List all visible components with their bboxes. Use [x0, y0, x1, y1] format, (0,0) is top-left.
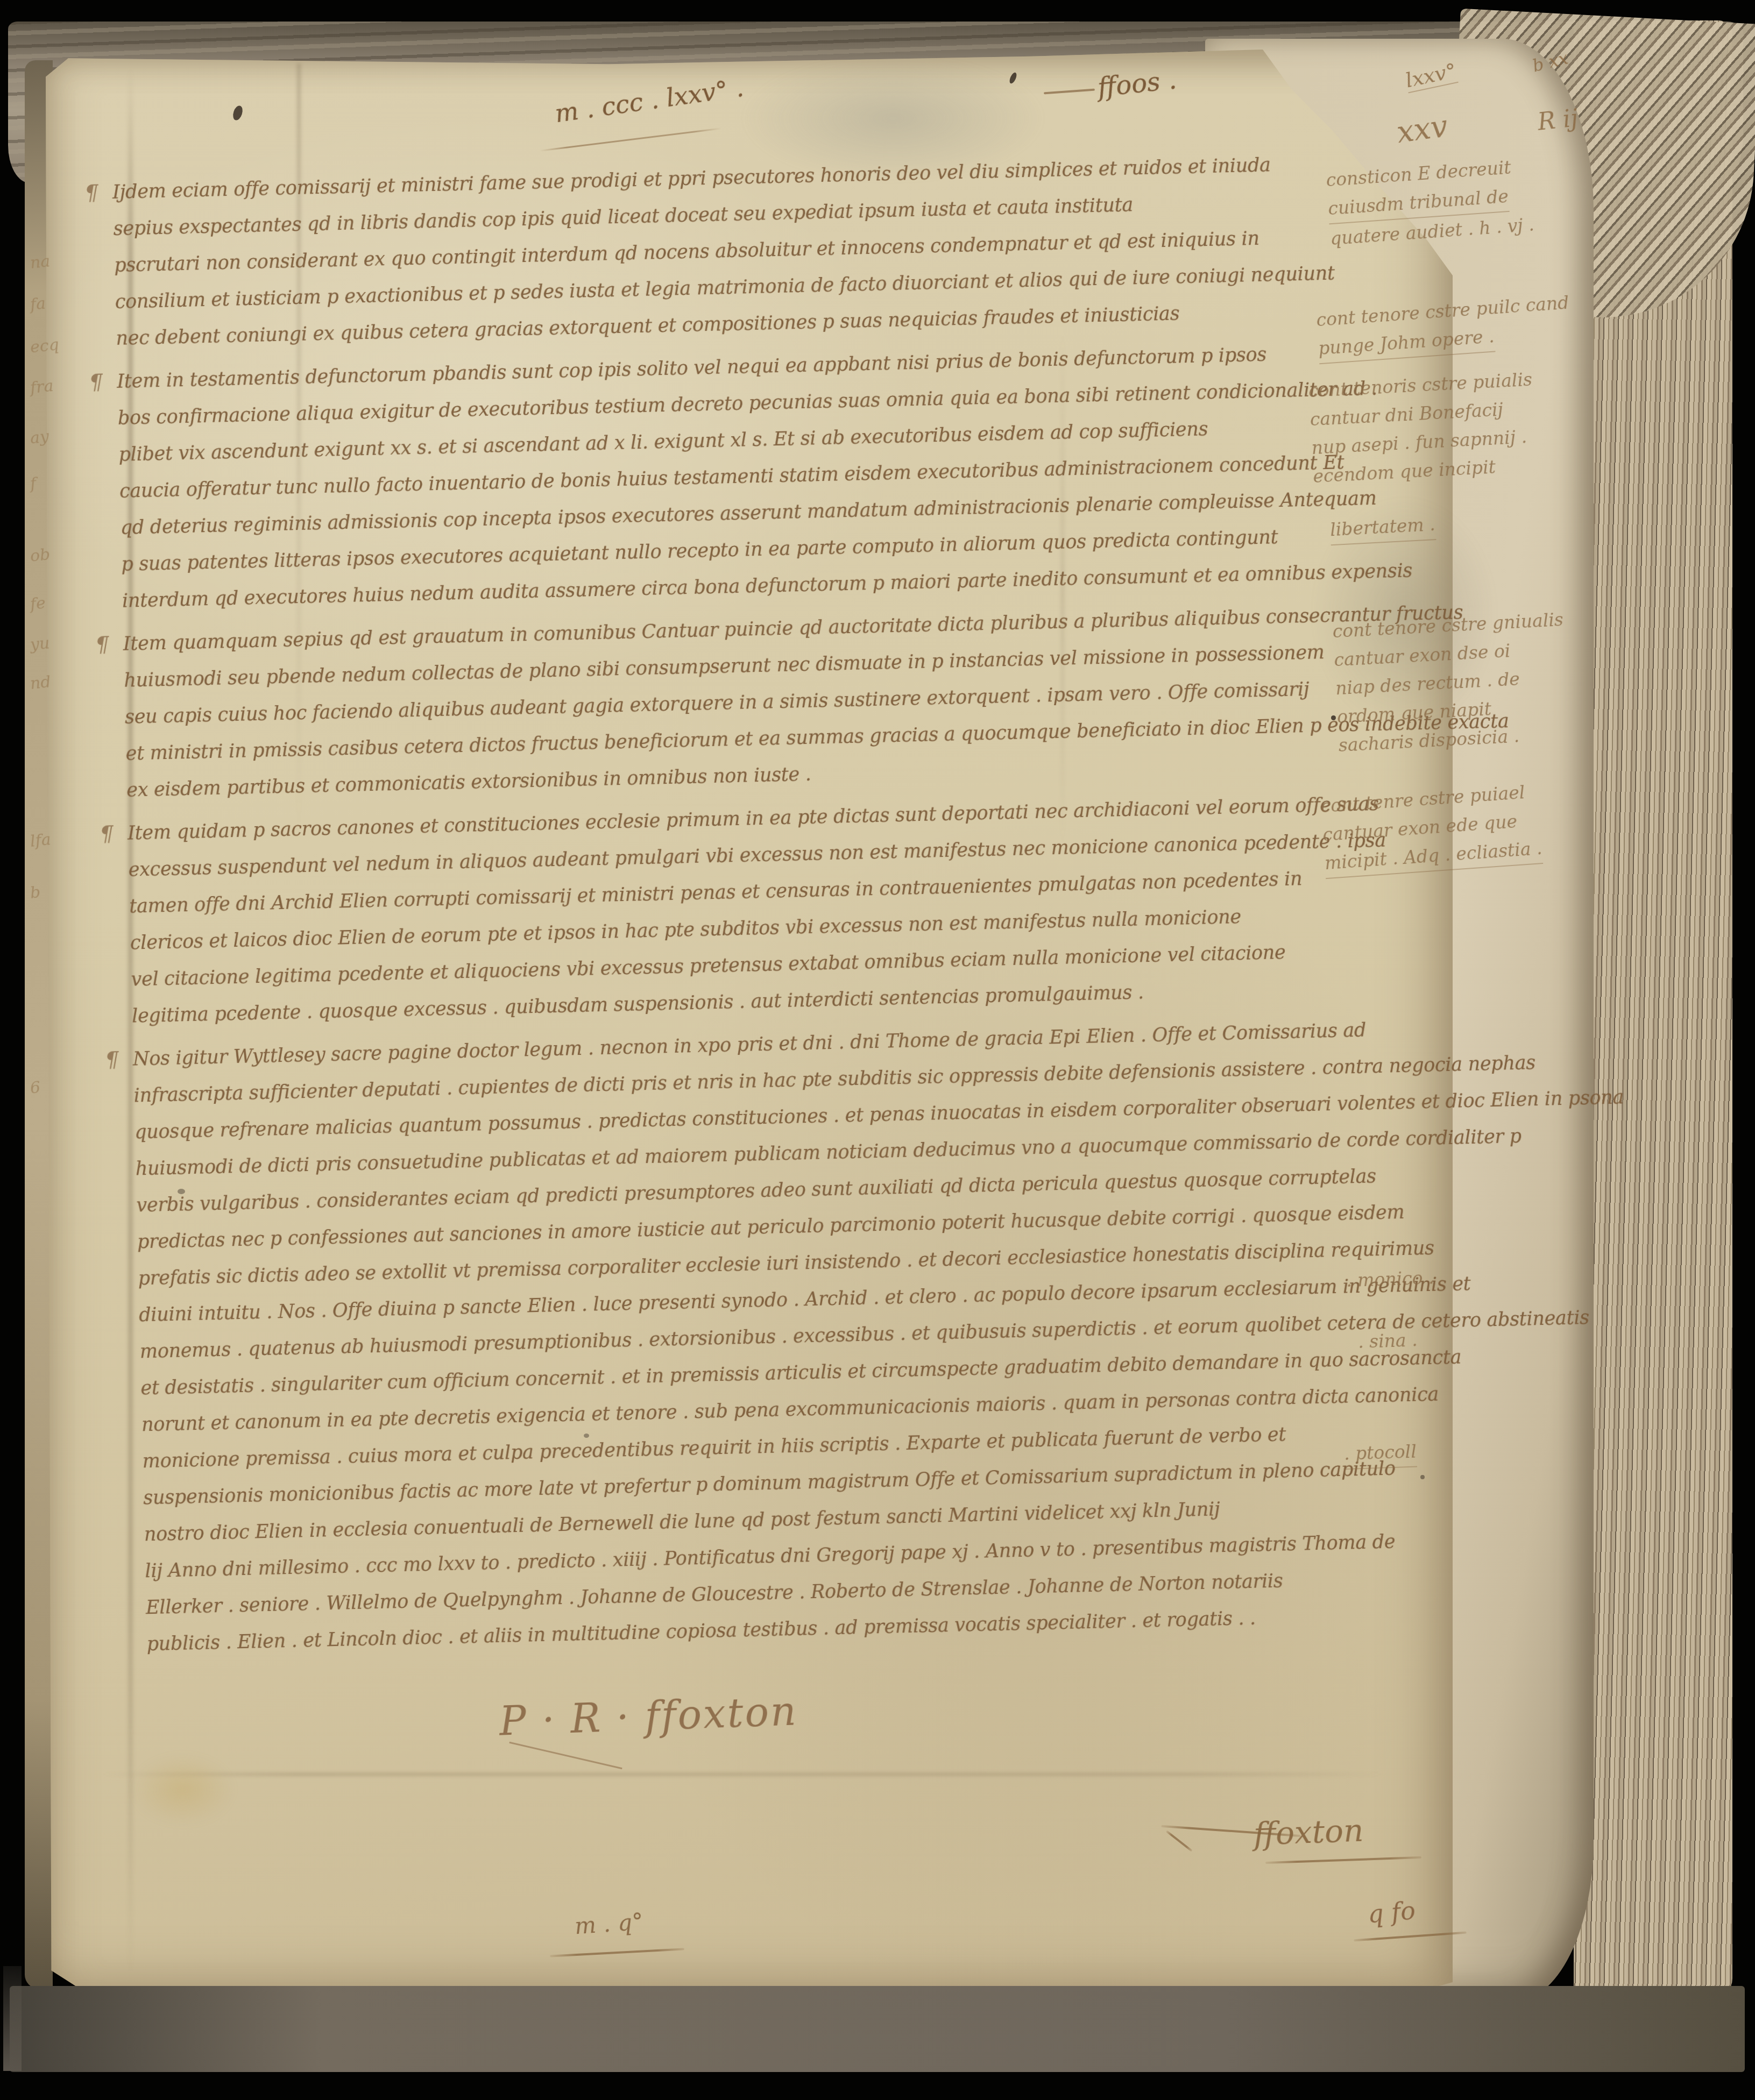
gutter-fragment: fra	[29, 377, 54, 398]
right-signature: ffoxton	[1253, 1812, 1364, 1852]
catchword: m . q°	[574, 1909, 644, 1940]
gutter-fragment: nd	[29, 672, 52, 693]
gutter-fragment: fe	[29, 594, 46, 614]
margin-note-line: . ptocoll	[1343, 1437, 1417, 1470]
pilcrow-mark: ¶	[104, 1041, 119, 1079]
shelf-surface	[3, 1966, 22, 2071]
page-stain	[132, 1755, 234, 1825]
corner-note: R ij	[1537, 104, 1580, 136]
body-lines: ¶Ijdem eciam offe comissarij et ministri…	[112, 145, 1384, 1663]
gutter-fragment: 6	[29, 1078, 41, 1098]
shelf-surface	[10, 1986, 1745, 2072]
corner-note: xxv	[1395, 109, 1450, 151]
gutter-fragment: b	[29, 883, 41, 903]
margin-note-line: libertatem .	[1329, 510, 1436, 545]
pilcrow-mark: ¶	[89, 364, 103, 401]
gutter-fragment: yu	[29, 634, 51, 655]
margin-note: consticon E decreuitcuiusdm tribunal deq…	[1325, 148, 1583, 253]
gutter-fragment: ob	[29, 545, 51, 566]
fore-edge-stack	[1574, 20, 1732, 2000]
gutter-fragment: ecq	[29, 335, 60, 357]
body-text-block: ¶Ijdem eciam offe comissarij et ministri…	[112, 139, 1384, 1663]
margin-note: cont tenre cstre puiaelcantuar exon ede …	[1320, 775, 1578, 879]
pilcrow-mark: ¶	[95, 626, 109, 663]
pilcrow-mark: ¶	[84, 175, 98, 212]
gutter-fragment: fa	[29, 294, 46, 315]
page-crease	[102, 1773, 1383, 1776]
quire-mark: q fo	[1367, 1896, 1417, 1929]
margin-note: cont tenoris cstre puialiscantuar dni Bo…	[1308, 364, 1566, 491]
pilcrow-mark: ¶	[99, 815, 114, 853]
gutter-fragment: lfa	[29, 830, 52, 851]
margin-note: cont tenore cstre gniualiscantuar exon d…	[1332, 604, 1591, 760]
manuscript-photo: m . ccc . lxxv° . ffoos . lxxv°xxvb xxR …	[0, 0, 1755, 2100]
gutter-fragment: na	[29, 252, 51, 273]
gutter-fragment: ay	[29, 427, 49, 448]
ink-speck	[1420, 1475, 1425, 1479]
